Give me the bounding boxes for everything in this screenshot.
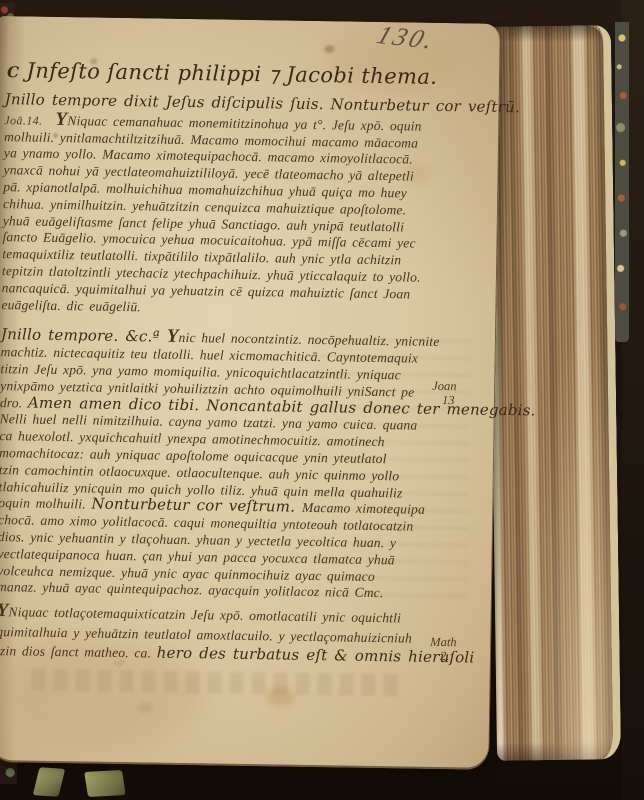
body-text: euāgeliſta. dic euāgeliū. — [1, 297, 141, 314]
page-stains — [0, 16, 500, 24]
body-text: tzin dios ſanct matheo. ca. — [0, 643, 157, 661]
latin-display-text: Nonturbetur cor veſtrum. — [91, 495, 302, 516]
initial-letter: Y — [55, 109, 67, 130]
manuscript-photo: up 130. CJnfeſto ſancti philippi ⁊ Jacob… — [0, 0, 644, 800]
latin-display-text: Jnillo tempore. &c.ª — [1, 325, 167, 346]
margin-note-book: Math — [430, 635, 457, 649]
margin-note-joan-13: Joan 13 — [432, 379, 480, 408]
margin-note-book: Joan — [432, 379, 457, 393]
initial-letter: Y — [0, 600, 9, 621]
ribbon-marker — [33, 767, 65, 797]
latin-display-text: hero des turbatus eſt & omnis hieruſoli — [157, 644, 475, 667]
capitulum-mark: C — [5, 63, 27, 81]
heading-title: Jnfeſto ſancti philippi ⁊ Jacobi thema. — [26, 58, 437, 88]
body-text: Macamo ximotequipa — [302, 500, 425, 517]
margin-note-chapter: 2. — [430, 649, 478, 664]
marbled-cover-edge — [615, 22, 629, 342]
body-text: nic huel nocontzintiz. nocōpehualtiz. yn… — [178, 330, 439, 349]
initial-letter: Y — [167, 326, 179, 347]
scripture-reference: Joā.14. — [4, 113, 55, 128]
margin-note-math-2: Math 2. — [430, 635, 478, 664]
ribbon-marker — [84, 770, 126, 797]
margin-note-chapter: 13 — [432, 393, 480, 408]
manuscript-text: Jnillo tempore dixit Jeſus diſcipulis ſu… — [0, 92, 437, 667]
manuscript-page: up 130. CJnfeſto ſancti philippi ⁊ Jacob… — [0, 16, 501, 770]
body-text: oquin molhuili. — [0, 495, 92, 511]
body-text: dro. — [0, 395, 28, 410]
book-fore-edge-pages — [487, 25, 621, 761]
